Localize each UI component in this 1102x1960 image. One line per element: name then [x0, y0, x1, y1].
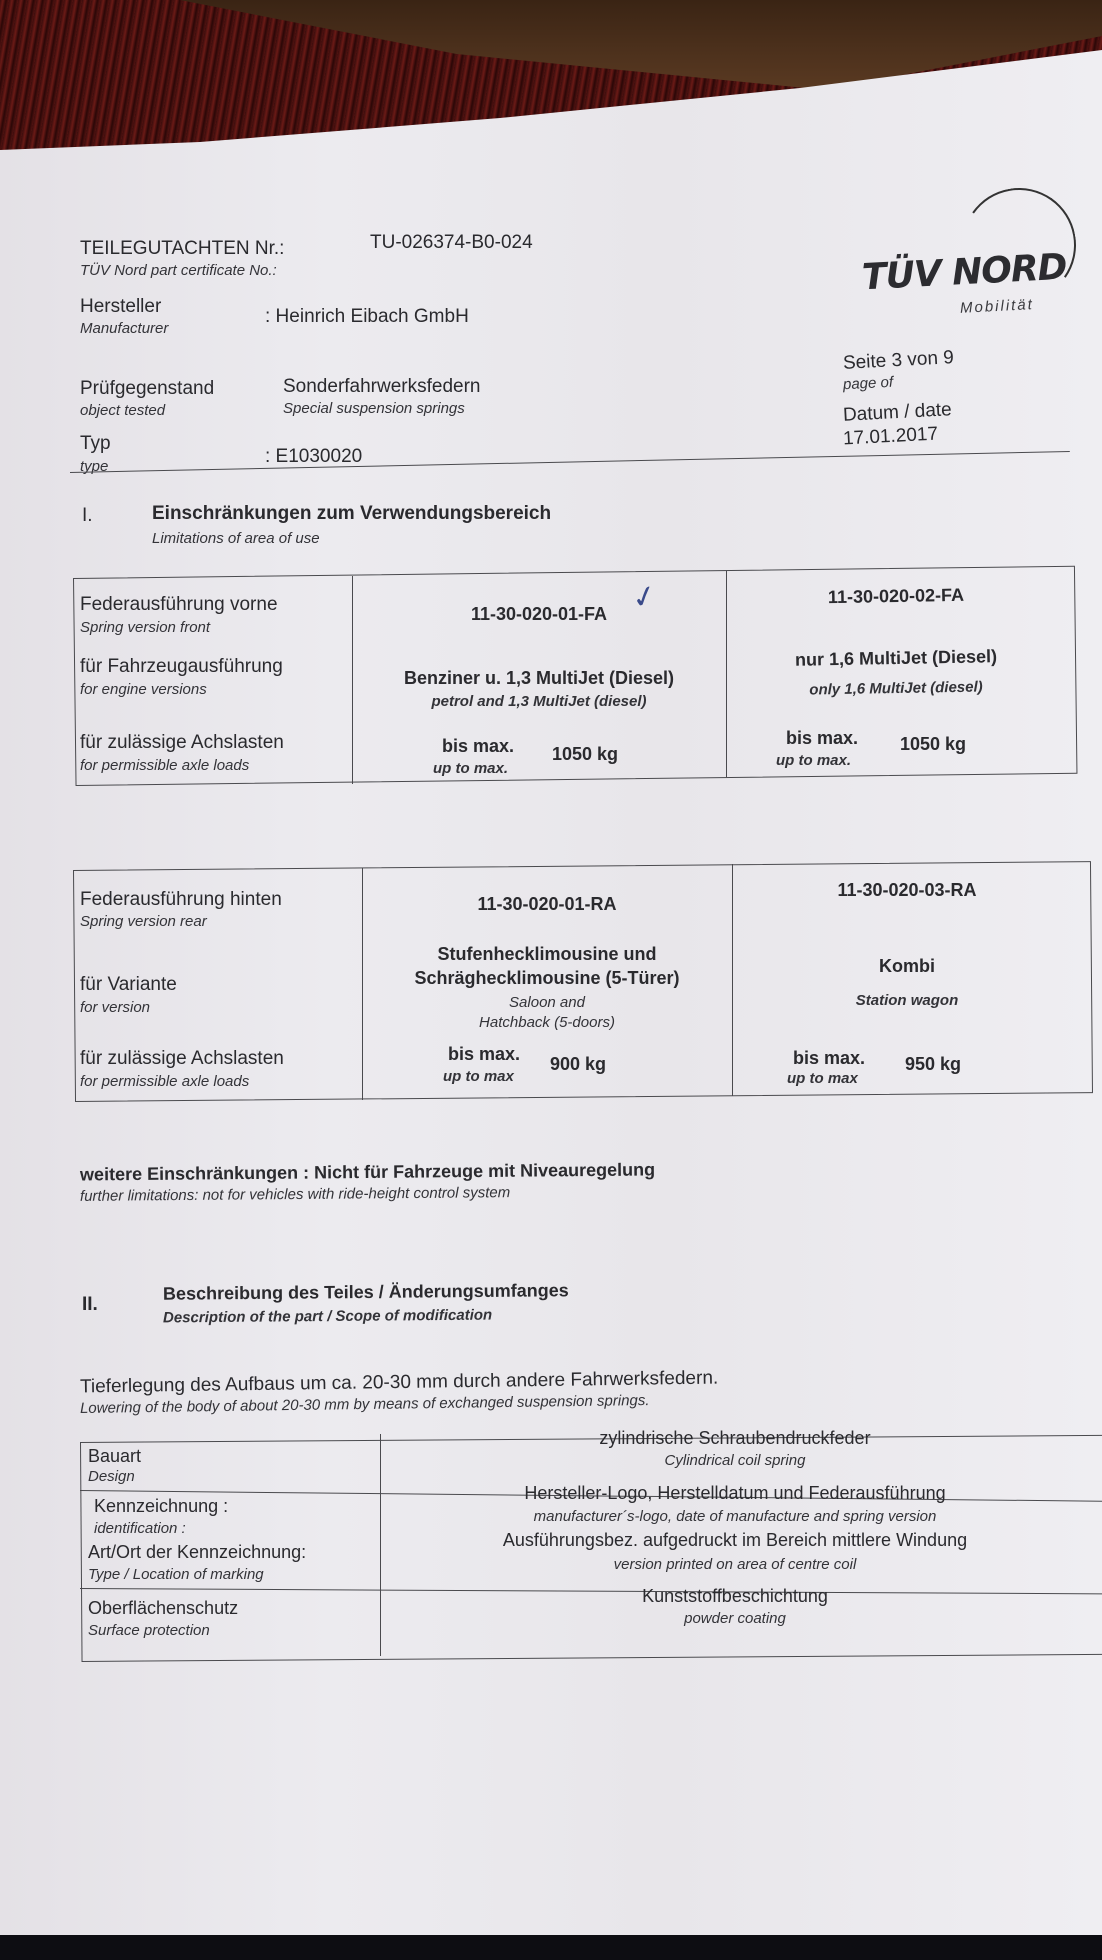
row-label-en: Spring version front — [80, 619, 210, 636]
row-label: für Fahrzeugausführung — [80, 656, 283, 678]
row-label-en: Design — [88, 1468, 135, 1485]
row-label-en: Spring version rear — [80, 913, 207, 930]
object-value: Sonderfahrwerksfedern — [283, 376, 481, 398]
max-label: bis max. — [793, 1048, 865, 1069]
max-label: bis max. — [442, 736, 514, 757]
manufacturer-label: Hersteller — [80, 296, 161, 318]
axle-load: 900 kg — [550, 1054, 606, 1075]
certificate-label: TEILEGUTACHTEN Nr.: — [80, 238, 284, 260]
row-label: Federausführung vorne — [80, 594, 278, 616]
row-label-en: Type / Location of marking — [88, 1566, 264, 1583]
row-value-en: Cylindrical coil spring — [380, 1452, 1090, 1469]
row-label: Bauart — [88, 1446, 141, 1467]
object-value-en: Special suspension springs — [283, 400, 465, 417]
type-label: Typ — [80, 433, 111, 455]
date-value: 17.01.2017 — [842, 424, 938, 451]
row-label-en: for permissible axle loads — [80, 757, 249, 774]
object-label: Prüfgegenstand — [80, 378, 214, 400]
logo-subtitle: Mobilität — [960, 296, 1035, 317]
variant-en: Saloon and — [362, 994, 732, 1011]
manufacturer-value: : Heinrich Eibach GmbH — [265, 306, 469, 328]
page-number: Seite 3 von 9 — [843, 347, 955, 375]
section2-title: Beschreibung des Teiles / Änderungsumfan… — [163, 1280, 569, 1305]
row-label: für zulässige Achslasten — [80, 1048, 284, 1070]
row-value-en: manufacturer´s-logo, date of manufacture… — [380, 1508, 1090, 1525]
type-value: : E1030020 — [265, 446, 362, 468]
row-value: Hersteller-Logo, Herstelldatum und Feder… — [380, 1483, 1090, 1504]
header-divider — [70, 451, 1070, 473]
row-label-en: for engine versions — [80, 681, 207, 698]
variant: Stufenhecklimousine und — [362, 944, 732, 965]
row-value: Kunststoffbeschichtung — [380, 1586, 1090, 1607]
certificate-label-en: TÜV Nord part certificate No.: — [80, 262, 277, 279]
row-label-en: Surface protection — [88, 1622, 210, 1639]
engine-version: Benziner u. 1,3 MultiJet (Diesel) — [352, 668, 726, 689]
part-number: 11-30-020-01-FA — [352, 604, 726, 625]
max-label-en: up to max. — [433, 760, 508, 777]
variant-en: Station wagon — [732, 992, 1082, 1009]
row-label-en: identification : — [94, 1520, 186, 1537]
manufacturer-label-en: Manufacturer — [80, 320, 168, 337]
section1-subtitle: Limitations of area of use — [152, 530, 320, 547]
part-number: 11-30-020-01-RA — [362, 894, 732, 915]
section1-title: Einschränkungen zum Verwendungsbereich — [152, 503, 551, 525]
axle-load: 1050 kg — [552, 744, 618, 765]
further-limitations: weitere Einschränkungen : Nicht für Fahr… — [80, 1159, 655, 1185]
row-label: für zulässige Achslasten — [80, 732, 284, 754]
certificate-number: TU-026374-B0-024 — [370, 232, 533, 254]
axle-load: 950 kg — [905, 1054, 961, 1075]
max-label: bis max. — [786, 728, 858, 749]
row-label: Art/Ort der Kennzeichnung: — [88, 1542, 306, 1563]
background-bottom — [0, 1935, 1102, 1960]
row-value-en: version printed on area of centre coil — [380, 1556, 1090, 1573]
section2-number: II. — [82, 1294, 98, 1316]
object-label-en: object tested — [80, 402, 165, 419]
section1-number: I. — [82, 505, 93, 527]
row-label: für Variante — [80, 974, 177, 996]
further-limitations-en: further limitations: not for vehicles wi… — [80, 1184, 510, 1205]
variant: Kombi — [732, 956, 1082, 977]
document-page: TEILEGUTACHTEN Nr.: TU-026374-B0-024 TÜV… — [0, 0, 1102, 1960]
engine-version-en: petrol and 1,3 MultiJet (diesel) — [352, 693, 726, 710]
row-label: Oberflächenschutz — [88, 1598, 238, 1619]
part-number: 11-30-020-03-RA — [732, 880, 1082, 901]
page-number-en: page of — [843, 374, 894, 394]
row-value: Ausführungsbez. aufgedruckt im Bereich m… — [380, 1530, 1090, 1551]
row-label-en: for version — [80, 999, 150, 1016]
row-value-en: powder coating — [380, 1610, 1090, 1627]
row-label: Kennzeichnung : — [94, 1496, 228, 1517]
max-label: bis max. — [448, 1044, 520, 1065]
row-label-en: for permissible axle loads — [80, 1073, 249, 1090]
row-value: zylindrische Schraubendruckfeder — [380, 1428, 1090, 1449]
variant-en: Hatchback (5-doors) — [362, 1014, 732, 1031]
max-label-en: up to max — [787, 1070, 858, 1087]
max-label-en: up to max. — [776, 752, 851, 769]
axle-load: 1050 kg — [900, 734, 966, 755]
row-label: Federausführung hinten — [80, 889, 282, 911]
section2-subtitle: Description of the part / Scope of modif… — [163, 1307, 492, 1327]
max-label-en: up to max — [443, 1068, 514, 1085]
variant: Schräghecklimousine (5-Türer) — [362, 968, 732, 989]
